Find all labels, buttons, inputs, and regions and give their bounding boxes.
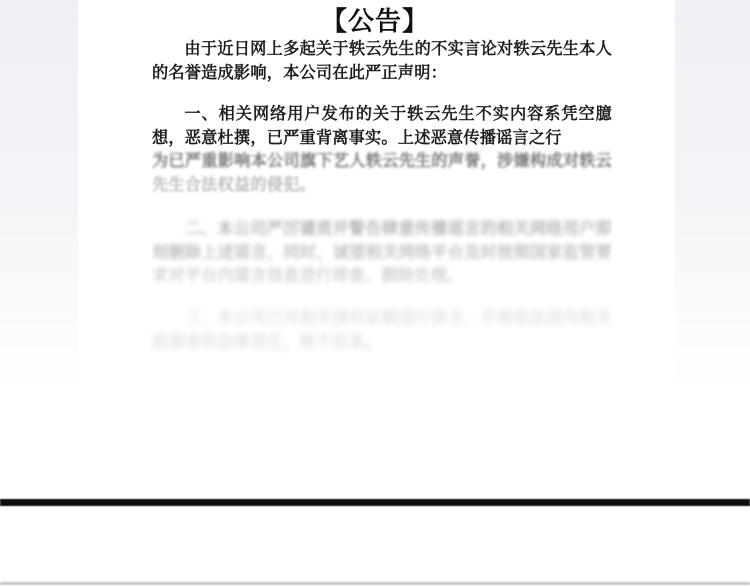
comic-panel-announcement: 【公告】 由于近日网上多起关于轶云先生的不实言论对轶云先生本人的名誉造成影响，本…: [0, 0, 750, 586]
announcement-item2-blurred-paragraph: 二、本公司严厉谴责并警告肆意传播谣言的相关网络用户即刻删除上述谣言，同时，诚望相…: [152, 217, 612, 288]
announcement-intro-paragraph: 由于近日网上多起关于轶云先生的不实言论对轶云先生本人的名誉造成影响，本公司在此严…: [152, 37, 612, 84]
panel-bottom-edge-line: [0, 582, 750, 585]
page-right-margin-shade: [675, 0, 750, 500]
page-left-margin-shade: [0, 0, 78, 500]
announcement-item3-faint-paragraph: 三、本公司已对相关侵权证据进行保全，并将依法追究相关造谣者的法律责任，绝不姑息。: [152, 306, 612, 353]
announcement-item1-sharp-lines: 一、相关网络用户发布的关于轶云先生不实内容系凭空臆想，恶意杜撰，已严重背离事实。…: [152, 102, 612, 149]
announcement-title: 【公告】: [0, 1, 750, 38]
panel-divider-line: [0, 499, 750, 506]
announcement-item1-blurred-lines: 为已严重影响本公司旗下艺人轶云先生的声誉，涉嫌构成对轶云先生合法权益的侵犯。: [152, 149, 612, 196]
